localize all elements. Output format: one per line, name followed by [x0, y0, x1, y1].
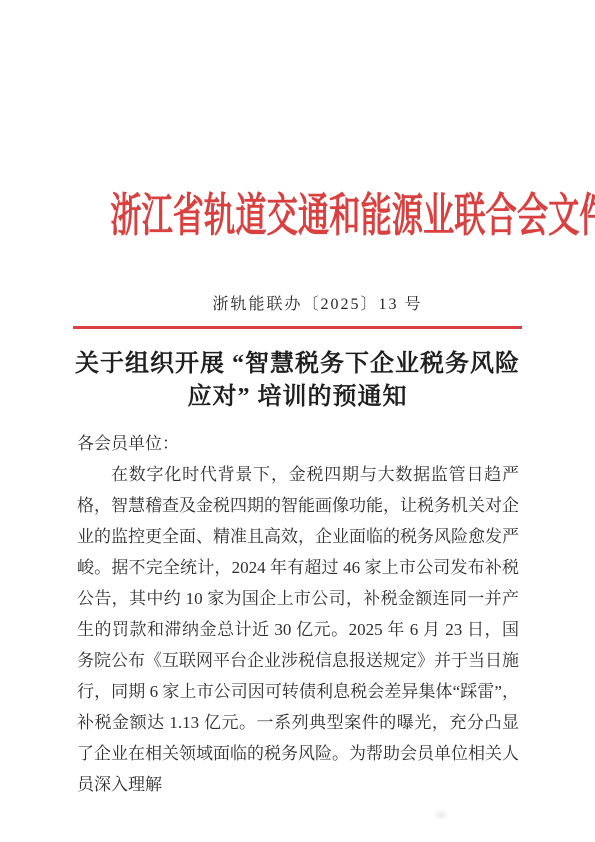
masthead-title: 浙江省轨道交通和能源业联合会文件	[110, 190, 515, 242]
document-title-line2: 应对” 培训的预通知	[40, 381, 555, 414]
document-body: 各会员单位： 在数字化时代背景下，金税四期与大数据监管日趋严格，智慧稽查及金税四…	[77, 428, 519, 800]
document-title: 关于组织开展 “智慧税务下企业税务风险 应对” 培训的预通知	[40, 348, 555, 414]
scan-artifact	[436, 812, 446, 818]
document-title-line1: 关于组织开展 “智慧税务下企业税务风险	[40, 348, 555, 381]
masthead-divider	[73, 326, 522, 329]
document-number: 浙轨能联办〔2025〕13 号	[20, 291, 595, 314]
document-page: 浙江省轨道交通和能源业联合会文件 浙轨能联办〔2025〕13 号 关于组织开展 …	[0, 0, 595, 842]
body-paragraph: 在数字化时代背景下，金税四期与大数据监管日趋严格，智慧稽查及金税四期的智能画像功…	[77, 459, 519, 800]
salutation: 各会员单位：	[77, 428, 519, 459]
